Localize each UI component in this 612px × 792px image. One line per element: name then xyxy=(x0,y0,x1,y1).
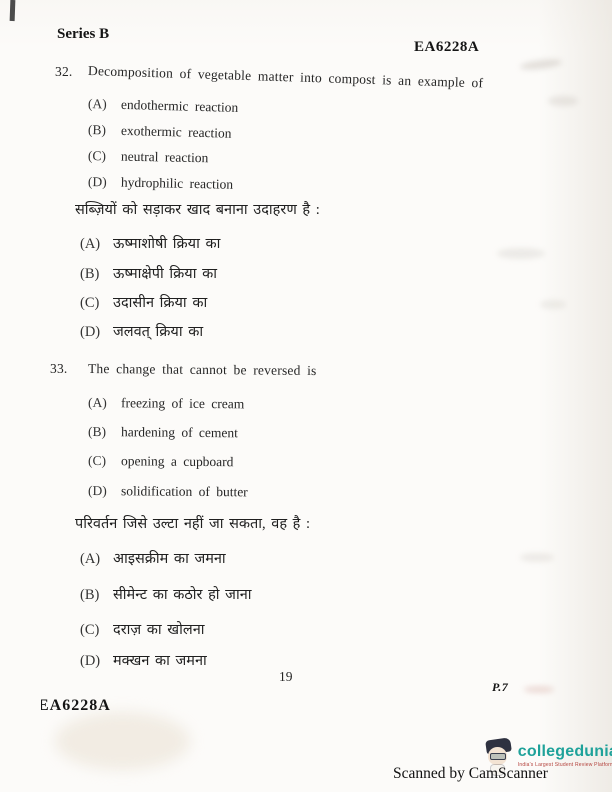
question-32-option-hi: (A)ऊष्माशोषी क्रिया का xyxy=(80,233,220,253)
option-text: hydrophilic reaction xyxy=(121,175,233,192)
question-33-option-en: (A)freezing of ice cream xyxy=(88,395,244,412)
option-label: (D) xyxy=(88,483,121,499)
option-text: मक्खन का जमना xyxy=(113,653,207,669)
option-text: opening a cupboard xyxy=(121,453,234,469)
option-text: solidification of butter xyxy=(121,483,248,499)
option-label: (C) xyxy=(88,453,121,469)
option-text: जलवत् क्रिया का xyxy=(113,324,203,340)
option-text: सीमेन्ट का कठोर हो जाना xyxy=(113,587,252,603)
question-32-option-hi: (D)जलवत् क्रिया का xyxy=(80,321,203,341)
option-label: (A) xyxy=(80,551,113,568)
question-32-number: 32. xyxy=(55,64,72,80)
scan-smudge xyxy=(520,57,563,71)
option-text: neutral reaction xyxy=(121,149,209,166)
option-text: दराज़ का खोलना xyxy=(113,622,205,638)
question-32-stem-hi: सब्ज़ियों को सड़ाकर खाद बनाना उदाहरण है … xyxy=(75,199,320,219)
option-label: (D) xyxy=(80,653,113,670)
question-33-option-hi: (B)सीमेन्ट का कठोर हो जाना xyxy=(80,584,252,604)
scan-smudge xyxy=(548,96,578,106)
question-33-stem-en: The change that cannot be reversed is xyxy=(88,361,317,379)
option-text: exothermic reaction xyxy=(121,123,232,141)
question-33-option-hi: (D)मक्खन का जमना xyxy=(80,650,207,670)
question-32-option-hi: (B)ऊष्माक्षेपी क्रिया का xyxy=(80,263,217,283)
question-33-option-en: (C)opening a cupboard xyxy=(88,453,234,470)
scanner-credit: Scanned by CamScanner xyxy=(393,765,548,783)
option-label: (C) xyxy=(80,622,113,639)
option-text: आइसक्रीम का जमना xyxy=(113,551,226,567)
option-label: (B) xyxy=(80,266,113,283)
option-label: (A) xyxy=(88,96,121,113)
brand-name: collegedunia xyxy=(518,743,612,761)
option-text: ऊष्माशोषी क्रिया का xyxy=(113,236,220,252)
option-label: (A) xyxy=(88,395,121,411)
option-label: (B) xyxy=(88,424,121,440)
question-33-option-en: (B)hardening of cement xyxy=(88,424,238,441)
option-label: (C) xyxy=(88,148,121,165)
question-32-option-en: (D)hydrophilic reaction xyxy=(88,174,233,193)
scan-edge-artifact xyxy=(36,698,41,713)
scan-smudge xyxy=(497,248,545,259)
brand-text: collegedunia India's Largest Student Rev… xyxy=(518,739,612,768)
question-32-option-en: (C)neutral reaction xyxy=(88,148,209,166)
option-text: hardening of cement xyxy=(121,424,238,440)
scan-edge-artifact xyxy=(10,0,16,21)
question-33-number: 33. xyxy=(50,361,67,377)
page-number: 19 xyxy=(279,669,293,685)
option-label: (D) xyxy=(80,324,113,341)
scan-smudge xyxy=(55,712,190,770)
scanned-exam-page: Series B EA6228A 32. Decomposition of ve… xyxy=(0,0,612,792)
question-32-option-hi: (C)उदासीन क्रिया का xyxy=(80,292,207,312)
scan-smudge xyxy=(520,553,554,562)
scan-smudge xyxy=(524,686,554,693)
question-33-stem-hi: परिवर्तन जिसे उल्टा नहीं जा सकता, वह है … xyxy=(75,513,310,533)
option-label: (B) xyxy=(88,122,121,139)
option-text: उदासीन क्रिया का xyxy=(113,295,207,311)
question-33-option-hi: (C)दराज़ का खोलना xyxy=(80,619,205,639)
option-label: (A) xyxy=(80,236,113,253)
option-text: freezing of ice cream xyxy=(121,395,244,411)
question-32-option-en: (A)endothermic reaction xyxy=(88,96,239,116)
paper-code-top: EA6228A xyxy=(414,39,479,56)
question-32-option-en: (B)exothermic reaction xyxy=(88,122,232,142)
option-label: (D) xyxy=(88,174,121,191)
paper-code-bottom: EA6228A xyxy=(38,697,111,715)
page-marker: P.7 xyxy=(492,680,508,695)
mascot-glasses xyxy=(490,753,506,760)
question-33-option-en: (D)solidification of butter xyxy=(88,483,248,500)
option-label: (B) xyxy=(80,587,113,604)
option-text: endothermic reaction xyxy=(121,97,239,115)
question-33-option-hi: (A)आइसक्रीम का जमना xyxy=(80,548,226,568)
option-label: (C) xyxy=(80,295,113,312)
scan-smudge xyxy=(540,300,566,309)
series-label: Series B xyxy=(57,26,109,43)
question-32-stem-en: Decomposition of vegetable matter into c… xyxy=(88,63,484,91)
option-text: ऊष्माक्षेपी क्रिया का xyxy=(113,266,217,282)
